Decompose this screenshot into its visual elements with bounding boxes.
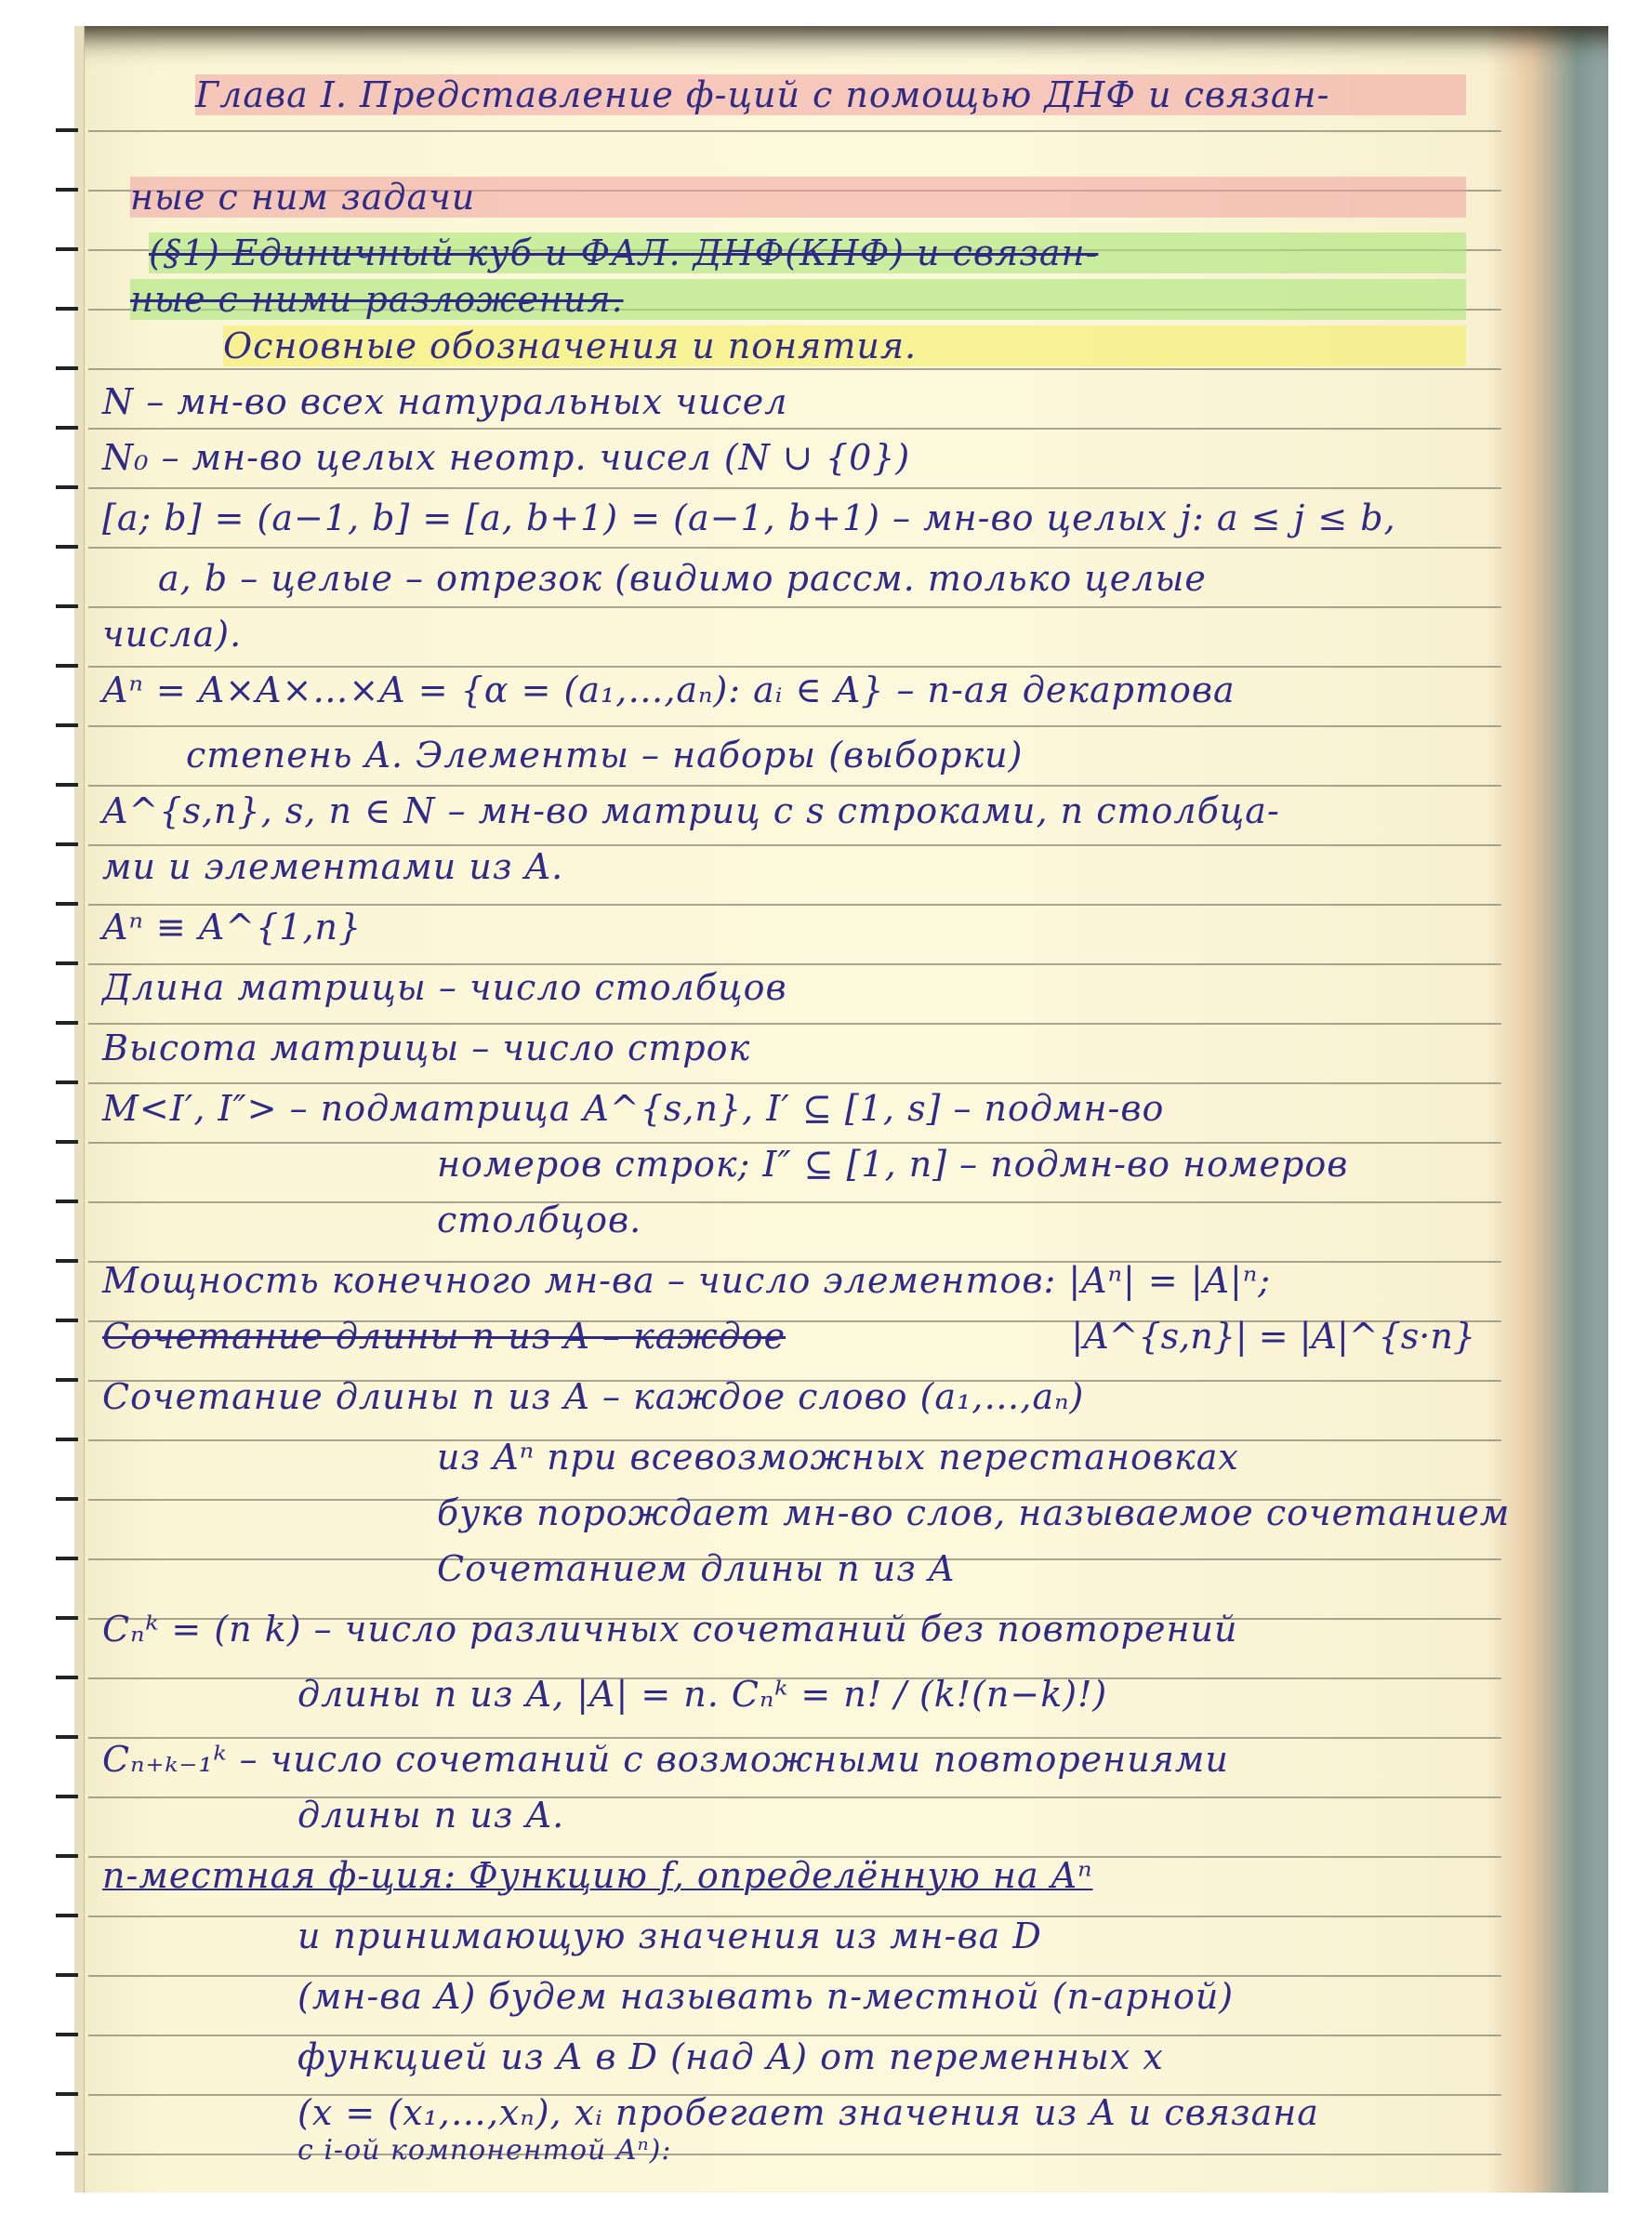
text-line: Сочетанием длины n из A	[437, 1548, 1466, 1589]
text-line: N – мн-во всех натуральных чисел	[102, 381, 1466, 422]
section-title-line-2: ные с ними разложения.	[130, 279, 1466, 320]
text-line: Высота матрицы – число строк	[102, 1027, 1466, 1068]
ruled-line	[88, 785, 1501, 787]
margin-tick	[56, 1378, 78, 1382]
margin-tick	[56, 2152, 78, 2155]
section-title-line-1: (§1) Единичный куб и ФАЛ. ДНФ(КНФ) и свя…	[149, 232, 1466, 273]
text-line: A^{s,n}, s, n ∈ N – мн-во матриц с s стр…	[102, 790, 1466, 831]
ruled-line	[88, 368, 1501, 370]
text-line: Длина матрицы – число столбцов	[102, 967, 1466, 1008]
chapter-title-line-2: ные с ним задачи	[130, 177, 1466, 218]
ruled-line	[88, 963, 1501, 965]
margin-tick	[56, 1021, 78, 1025]
margin-tick	[56, 961, 78, 965]
text-line: букв порождает мн-во слов, называемое со…	[437, 1492, 1466, 1533]
margin-tick	[56, 1259, 78, 1263]
subtitle: Основные обозначения и понятия.	[223, 325, 1466, 366]
text-line: M<I′, I″> – подматрица A^{s,n}, I′ ⊆ [1,…	[102, 1088, 1466, 1129]
margin-tick	[56, 1200, 78, 1203]
margin-tick	[56, 842, 78, 846]
margin-tick	[56, 1140, 78, 1144]
margin-tick	[56, 1973, 78, 1977]
margin-tick	[56, 545, 78, 549]
text-line: длины n из A.	[297, 1795, 1466, 1836]
margin-tick	[56, 485, 78, 489]
margin-tick	[56, 128, 78, 132]
text-line: Aⁿ ≡ A^{1,n}	[102, 907, 1466, 948]
margin-tick	[56, 1497, 78, 1501]
margin-tick	[56, 1557, 78, 1560]
text-line: N₀ – мн-во целых неотр. чисел (N ∪ {0})	[102, 437, 1466, 478]
text-line: из Aⁿ при всевозможных перестановках	[437, 1437, 1466, 1478]
text-line: ми и элементами из A.	[102, 846, 1466, 887]
margin-tick	[56, 426, 78, 430]
text-line: (x = (x₁,…,xₙ), xᵢ пробегает значения из…	[297, 2092, 1466, 2133]
text-line: Cₙ₊ₖ₋₁ᵏ – число сочетаний с возможными п…	[102, 1739, 1466, 1780]
ruled-line	[88, 606, 1501, 608]
text-line: [a; b] = (a−1, b] = [a, b+1) = (a−1, b+1…	[102, 497, 1466, 538]
text-line: длины n из A, |A| = n. Cₙᵏ = n! / (k!(n−…	[297, 1674, 1466, 1715]
ruled-line	[88, 725, 1501, 727]
ruled-line	[88, 666, 1501, 668]
ruled-line	[88, 1023, 1501, 1025]
ruled-line	[88, 1082, 1501, 1084]
definition-line: n-местная ф-ция: Функцию f, определённую…	[102, 1855, 1466, 1896]
ruled-line	[88, 130, 1501, 132]
margin-tick	[56, 2033, 78, 2036]
margin-tick	[56, 783, 78, 787]
margin-tick	[56, 723, 78, 727]
margin-tick	[56, 1319, 78, 1322]
ruled-line	[88, 428, 1501, 430]
margin-tick	[56, 307, 78, 311]
text-line: Сочетание длины n из A – каждое слово (a…	[102, 1376, 1466, 1417]
ruled-line	[88, 547, 1501, 549]
page-margin	[74, 26, 85, 2193]
margin-tick	[56, 1735, 78, 1739]
margin-tick	[56, 247, 78, 251]
text-line: Мощность конечного мн-ва – число элемент…	[102, 1260, 1466, 1301]
text-line: столбцов.	[437, 1200, 1466, 1240]
text-line: номеров строк; I″ ⊆ [1, n] – подмн-во но…	[437, 1144, 1466, 1185]
text-line: функцией из A в D (над A) от переменных …	[297, 2036, 1466, 2077]
text-line: степень A. Элементы – наборы (выборки)	[186, 735, 1466, 776]
margin-tick	[56, 1676, 78, 1679]
ruled-line	[88, 904, 1501, 906]
margin-tick	[56, 1854, 78, 1858]
margin-tick	[56, 1795, 78, 1798]
margin-tick	[56, 1438, 78, 1441]
ruled-line	[88, 487, 1501, 489]
margin-tick	[56, 664, 78, 668]
text-line: a, b – целые – отрезок (видимо рассм. то…	[158, 558, 1466, 599]
margin-tick	[56, 902, 78, 906]
margin-tick	[56, 188, 78, 192]
margin-tick	[56, 366, 78, 370]
chapter-title-line-1: Глава I. Представление ф-ций с помощью Д…	[195, 74, 1466, 115]
margin-tick	[56, 1080, 78, 1084]
text-line: с i-ой компонентой Aⁿ):	[297, 2134, 1466, 2167]
margin-tick	[56, 1914, 78, 1917]
margin-tick	[56, 2092, 78, 2096]
text-line: Cₙᵏ = (n k) – число различных сочетаний …	[102, 1609, 1466, 1650]
formula-cardinality: |A^{s,n}| = |A|^{s·n}	[1071, 1316, 1475, 1357]
margin-tick	[56, 1616, 78, 1620]
text-line: (мн-ва A) будем называть n-местной (n-ар…	[297, 1976, 1466, 2017]
text-line: и принимающую значения из мн-ва D	[297, 1916, 1466, 1956]
text-line: Aⁿ = A×A×…×A = {α = (a₁,…,aₙ): aᵢ ∈ A} –…	[102, 670, 1466, 710]
text-line: числа).	[102, 614, 1466, 655]
margin-tick	[56, 604, 78, 608]
